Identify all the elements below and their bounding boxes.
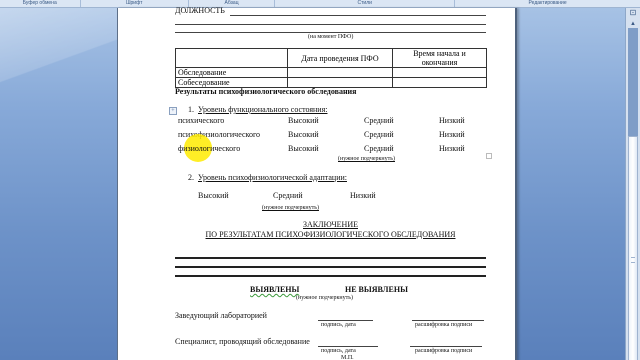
conclusion-line-3	[175, 275, 486, 277]
section2-number: 2.	[188, 173, 194, 182]
position-line-2	[175, 24, 486, 25]
results-heading: Результаты психофизиологического обследо…	[175, 87, 357, 96]
grip-icon	[631, 257, 635, 263]
section1-row-label: психического	[178, 116, 224, 125]
table-move-handle-icon[interactable]: +	[169, 107, 177, 115]
table-cell[interactable]	[393, 68, 487, 78]
conclusion-line-2	[175, 266, 486, 268]
option-low[interactable]: Низкий	[439, 144, 465, 153]
ribbon-group-editing[interactable]: Редактирование	[455, 0, 640, 7]
found-option[interactable]: ВЫЯВЛЕНЫ	[250, 285, 299, 294]
vertical-scrollbar[interactable]: ⊡ ▲	[625, 8, 640, 360]
table-cell[interactable]: Собеседование	[176, 78, 288, 88]
scroll-up-arrow-icon[interactable]: ▲	[627, 20, 639, 28]
table-header-cell: Дата проведения ПФО	[288, 49, 393, 68]
option-medium[interactable]: Средний	[364, 144, 394, 153]
position-label: ДОЛЖНОСТЬ	[175, 6, 225, 15]
table-cell[interactable]	[393, 78, 487, 88]
head-decode-line	[412, 320, 484, 321]
ribbon-group-labels: Буфер обмена Шрифт Абзац Стили Редактиро…	[0, 0, 640, 8]
table-cell[interactable]	[288, 78, 393, 88]
table-row: Собеседование	[176, 78, 487, 88]
specialist-sign-line	[318, 346, 378, 347]
specialist-label: Специалист, проводящий обследование	[175, 337, 310, 346]
table-cell[interactable]: Обследование	[176, 68, 288, 78]
position-line-1	[230, 15, 486, 16]
option-medium[interactable]: Средний	[364, 116, 394, 125]
background-gloss	[0, 8, 117, 88]
table-resize-handle-icon[interactable]	[486, 153, 492, 159]
stamp-label: М.П.	[341, 355, 354, 360]
head-sign-line	[318, 320, 373, 321]
table-header-cell: Время начала и окончания	[393, 49, 487, 68]
ribbon-group-clipboard[interactable]: Буфер обмена	[0, 0, 81, 7]
ribbon-group-styles[interactable]: Стили	[275, 0, 455, 7]
scroll-thumb[interactable]	[628, 136, 638, 360]
head-decode-caption: расшифровка подписи	[415, 322, 472, 328]
conclusion-subtitle: ПО РЕЗУЛЬТАТАМ ПСИХОФИЗИОЛОГИЧЕСКОГО ОБС…	[175, 230, 486, 239]
section2-title: Уровень психофизиологической адаптации:	[198, 173, 347, 182]
ruler-icon[interactable]: ⊡	[627, 8, 639, 18]
specialist-decode-line	[410, 346, 482, 347]
option-medium[interactable]: Средний	[364, 130, 394, 139]
option-high[interactable]: Высокий	[198, 191, 229, 200]
conclusion-line-1	[175, 257, 486, 259]
specialist-sign-caption: подпись, дата	[321, 348, 356, 354]
section1-number: 1.	[188, 105, 194, 114]
option-high[interactable]: Высокий	[288, 116, 319, 125]
ribbon-group-font[interactable]: Шрифт	[81, 0, 189, 7]
head-sign-caption: подпись, дата	[321, 322, 356, 328]
conclusion-title: ЗАКЛЮЧЕНИЕ	[132, 220, 529, 229]
table-header-row: Дата проведения ПФО Время начала и оконч…	[176, 49, 487, 68]
conclusion-note: (нужное подчеркнуть)	[296, 295, 353, 301]
document-page[interactable]: ДОЛЖНОСТЬ (на момент ПФО) Дата проведени…	[117, 8, 517, 360]
option-low[interactable]: Низкий	[439, 116, 465, 125]
table-row: Обследование	[176, 68, 487, 78]
option-high[interactable]: Высокий	[288, 144, 319, 153]
head-label: Заведующий лабораторией	[175, 311, 267, 320]
specialist-decode-caption: расшифровка подписи	[415, 348, 472, 354]
section1-title: Уровень функционального состояния:	[198, 105, 327, 114]
position-line-3	[175, 32, 486, 33]
option-low[interactable]: Низкий	[439, 130, 465, 139]
section2-note: (нужное подчеркнуть)	[262, 205, 319, 211]
pfo-table: Дата проведения ПФО Время начала и оконч…	[175, 48, 487, 88]
option-high[interactable]: Высокий	[288, 130, 319, 139]
option-low[interactable]: Низкий	[350, 191, 376, 200]
option-medium[interactable]: Средний	[273, 191, 303, 200]
position-note: (на момент ПФО)	[308, 34, 353, 40]
section1-row-label: физиологического	[178, 144, 240, 153]
section1-note: (нужное подчеркнуть)	[338, 156, 395, 162]
table-cell[interactable]	[288, 68, 393, 78]
table-header-cell	[176, 49, 288, 68]
not-found-option[interactable]: НЕ ВЫЯВЛЕНЫ	[345, 285, 408, 294]
